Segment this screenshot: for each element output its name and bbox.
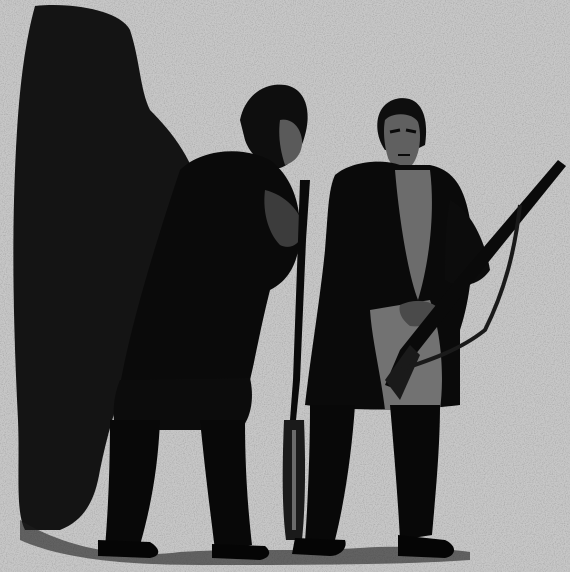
illustration: Black-and-white halftone illustration of… bbox=[0, 0, 570, 572]
illustration-canvas bbox=[0, 0, 570, 572]
